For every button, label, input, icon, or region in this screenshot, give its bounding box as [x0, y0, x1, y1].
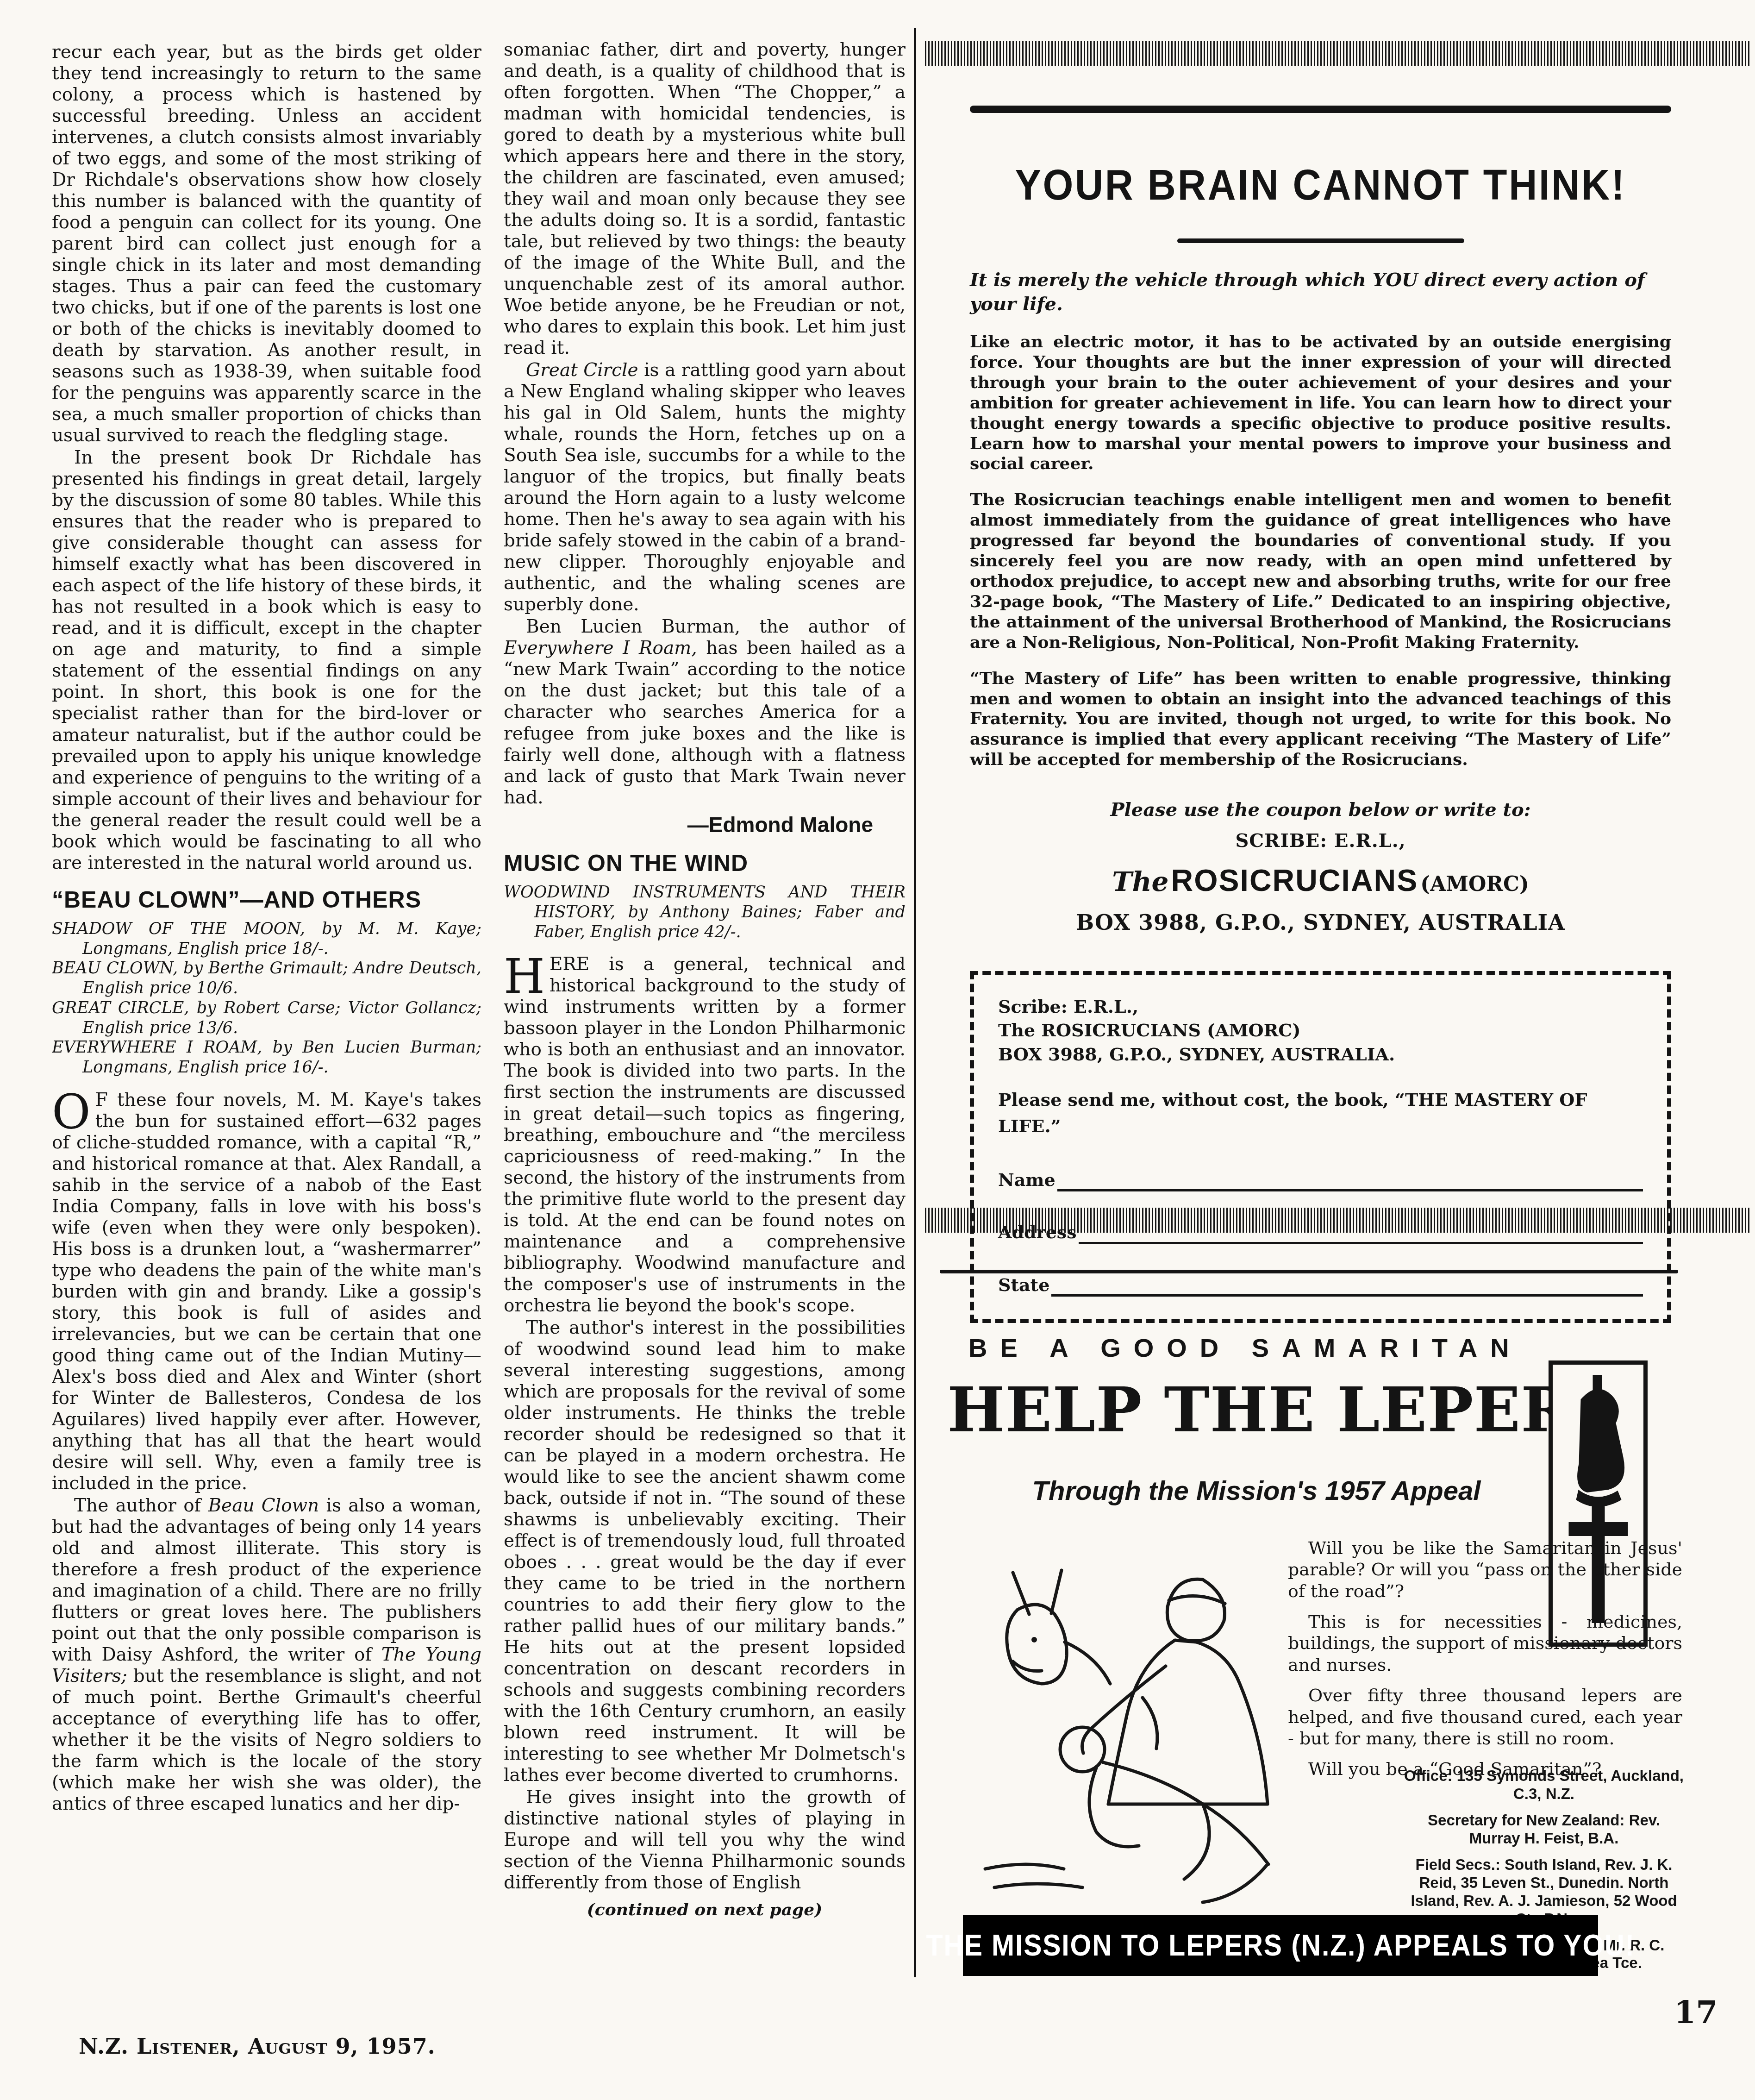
- editorial-column-2: somaniac father, dirt and poverty, hunge…: [504, 39, 906, 1980]
- novels-review-paragraph: OF these four novels, M. M. Kaye's takes…: [52, 1090, 481, 1494]
- address-blank-line[interactable]: [1079, 1224, 1643, 1244]
- book-entry: EVERYWHERE I ROAM, by Ben Lucien Burman;…: [52, 1038, 481, 1077]
- ad-paragraph: Will you be like the Samaritan in Jesus'…: [1288, 1537, 1682, 1602]
- page-number: 17: [1674, 1994, 1718, 2031]
- name-field[interactable]: Name: [998, 1168, 1643, 1191]
- ad-divider-rule: [1177, 238, 1464, 243]
- ad-subhead: Through the Mission's 1957 Appeal: [979, 1475, 1534, 1506]
- reviewer-byline: —Edmond Malone: [504, 812, 873, 837]
- book-list: SHADOW OF THE MOON, by M. M. Kaye; Longm…: [52, 919, 481, 1078]
- beau-clown-continued-paragraph: somaniac father, dirt and poverty, hunge…: [504, 39, 906, 359]
- woodwind-review-paragraph: The author's interest in the possibiliti…: [504, 1317, 906, 1786]
- ad-paragraph: Over fifty three thousand lepers are hel…: [1288, 1685, 1682, 1749]
- continued-note: (continued on next page): [504, 1900, 906, 1919]
- ad-headline: YOUR BRAIN CANNOT THINK!: [998, 161, 1643, 210]
- coupon-address: BOX 3988, G.P.O., SYDNEY, AUSTRALIA.: [998, 1042, 1643, 1066]
- drop-cap: O: [52, 1090, 95, 1132]
- book-entry: SHADOW OF THE MOON, by M. M. Kaye; Longm…: [52, 919, 481, 959]
- section-heading-music-on-the-wind: MUSIC ON THE WIND: [504, 851, 906, 876]
- ad-kicker: BE A GOOD SAMARITAN: [968, 1333, 1556, 1363]
- ad-headline: HELP THE LEPERS: [947, 1374, 1558, 1446]
- ad-body-paragraph: The Rosicrucian teachings enable intelli…: [970, 490, 1671, 652]
- banner-text: THE MISSION TO LEPERS (N.Z.) APPEALS TO …: [926, 1928, 1635, 1962]
- book-entry: GREAT CIRCLE, by Robert Carse; Victor Go…: [52, 998, 481, 1038]
- review-reference: WOODWIND INSTRUMENTS AND THEIR HISTORY, …: [504, 883, 906, 942]
- ad-body-copy: Will you be like the Samaritan in Jesus'…: [1288, 1537, 1682, 1789]
- ad-lead-text: It is merely the vehicle through which Y…: [970, 268, 1671, 316]
- book-entry: BEAU CLOWN, by Berthe Grimault; Andre De…: [52, 959, 481, 998]
- penguin-review-paragraph: recur each year, but as the birds get ol…: [52, 42, 481, 446]
- mission-banner: THE MISSION TO LEPERS (N.Z.) APPEALS TO …: [963, 1915, 1598, 1976]
- great-circle-paragraph: Great Circle is a rattling good yarn abo…: [504, 360, 906, 615]
- ad-body-paragraph: Like an electric motor, it has to be act…: [970, 332, 1671, 474]
- ad-top-rule: [970, 106, 1671, 113]
- ad-top-rule: [940, 1270, 1678, 1273]
- woodwind-review-paragraph: HERE is a general, technical and histori…: [504, 954, 906, 1316]
- coupon-scribe: Scribe: E.R.L.,: [998, 995, 1643, 1018]
- burman-paragraph: Ben Lucien Burman, the author of Everywh…: [504, 616, 906, 808]
- coupon-note: Please use the coupon below or write to:: [970, 799, 1671, 821]
- ad-paragraph: This is for necessities - medicines, bui…: [1288, 1611, 1682, 1675]
- organisation-address: BOX 3988, G.P.O., SYDNEY, AUSTRALIA: [970, 910, 1671, 935]
- drop-cap: H: [504, 954, 550, 997]
- coupon-request: Please send me, without cost, the book, …: [998, 1086, 1643, 1139]
- beau-clown-paragraph: The author of Beau Clown is also a woman…: [52, 1495, 481, 1815]
- section-heading-beau-clown: “BEAU CLOWN”—AND OTHERS: [52, 888, 481, 912]
- scribe-line: SCRIBE: E.R.L.,: [970, 830, 1671, 852]
- coupon-organisation: The ROSICRUCIANS (AMORC): [998, 1018, 1643, 1042]
- organisation-name: The ROSICRUCIANS (AMORC): [970, 863, 1671, 898]
- column-divider-rule: [914, 28, 916, 1977]
- issue-footer: N.Z. Listener, August 9, 1957.: [79, 2034, 436, 2059]
- address-field[interactable]: Address: [998, 1220, 1643, 1244]
- name-blank-line[interactable]: [1057, 1172, 1643, 1191]
- secretary-line: Secretary for New Zealand: Rev. Murray H…: [1400, 1812, 1687, 1848]
- editorial-column-1: recur each year, but as the birds get ol…: [52, 42, 481, 2005]
- ad-body-paragraph: “The Mastery of Life” has been written t…: [970, 669, 1671, 771]
- rosicrucians-ad: YOUR BRAIN CANNOT THINK! It is merely th…: [970, 106, 1671, 1198]
- lepers-mission-ad: BE A GOOD SAMARITAN HELP THE LEPERS Thro…: [940, 1250, 1755, 2037]
- penguin-review-paragraph: In the present book Dr Richdale has pres…: [52, 447, 481, 873]
- office-line: Office: 135 Symonds Street, Auckland, C.…: [1400, 1767, 1687, 1803]
- hatched-border-top: [925, 41, 1750, 66]
- woodwind-review-paragraph: He gives insight into the growth of dist…: [504, 1787, 906, 1893]
- magazine-page: recur each year, but as the birds get ol…: [0, 0, 1755, 2100]
